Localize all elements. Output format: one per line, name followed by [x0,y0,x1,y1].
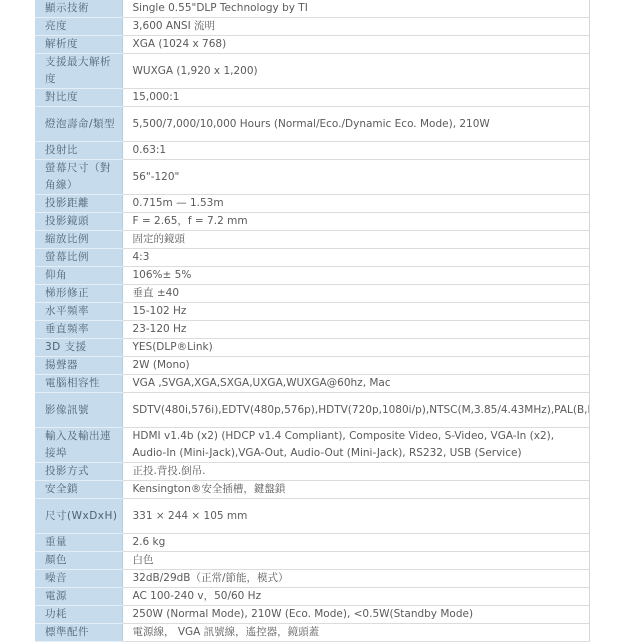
spec-value: 0.63:1 [122,142,589,160]
spec-row-brightness: 亮度 3,600 ANSI 流明 [35,18,589,36]
spec-value: SDTV(480i,576i),EDTV(480p,576p),HDTV(720… [122,393,589,428]
spec-value: 2.6 kg [122,534,589,552]
spec-label: 安全鎖 [35,481,122,499]
spec-value: VGA ,SVGA,XGA,SXGA,UXGA,WUXGA@60hz, Mac [122,375,589,393]
spec-label: 噪音 [35,570,122,588]
spec-row-power-supply: 電源 AC 100-240 v，50/60 Hz [35,588,589,606]
spec-label: 對比度 [35,89,122,107]
spec-row-contrast: 對比度 15,000:1 [35,89,589,107]
spec-row-zoom-ratio: 縮放比例 固定的鏡頭 [35,231,589,249]
spec-row-dimensions: 尺寸(WxDxH) 331 × 244 × 105 mm [35,499,589,534]
spec-label: 輸入及輸出連接埠 [35,428,122,463]
spec-label: 垂直頻率 [35,321,122,339]
spec-value: 2W (Mono) [122,357,589,375]
spec-row-max-resolution: 支援最大解析度 WUXGA (1,920 x 1,200) [35,54,589,89]
spec-row-video-signal: 影像訊號 SDTV(480i,576i),EDTV(480p,576p),HDT… [35,393,589,428]
spec-value: 331 × 244 × 105 mm [122,499,589,534]
spec-row-resolution: 解析度 XGA (1024 x 768) [35,36,589,54]
spec-value: 106%± 5% [122,267,589,285]
spec-label: 影像訊號 [35,393,122,428]
spec-label: 仰角 [35,267,122,285]
spec-value: HDMI v1.4b (x2) (HDCP v1.4 Compliant), C… [122,428,589,463]
spec-value: F = 2.65，f = 7.2 mm [122,213,589,231]
spec-row-power-consumption: 功耗 250W (Normal Mode), 210W (Eco. Mode),… [35,606,589,624]
spec-value: 32dB/29dB（正常/節能，模式） [122,570,589,588]
spec-label: 投射比 [35,142,122,160]
spec-row-speaker: 揚聲器 2W (Mono) [35,357,589,375]
spec-row-v-frequency: 垂直頻率 23-120 Hz [35,321,589,339]
spec-table: 顯示技術 Single 0.55"DLP Technology by TI 亮度… [35,0,590,640]
spec-row-screen-size: 螢幕尺寸（對角線） 56"-120" [35,160,589,195]
spec-row-throw-distance: 投影距離 0.715m — 1.53m [35,195,589,213]
spec-label: 電源 [35,588,122,606]
spec-label: 電腦相容性 [35,375,122,393]
spec-label: 重量 [35,534,122,552]
spec-label: 尺寸(WxDxH) [35,499,122,534]
spec-label: 縮放比例 [35,231,122,249]
spec-value: 固定的鏡頭 [122,231,589,249]
spec-value: 4:3 [122,249,589,267]
spec-row-aspect-ratio: 螢幕比例 4:3 [35,249,589,267]
spec-row-throw-ratio: 投射比 0.63:1 [35,142,589,160]
spec-label: 螢幕比例 [35,249,122,267]
spec-value: 垂直 ±40 [122,285,589,303]
spec-value: 電源線， VGA 訊號線，遙控器，鏡頭蓋 [122,624,589,641]
spec-label: 標準配件 [35,624,122,641]
spec-label: 梯形修正 [35,285,122,303]
spec-row-keystone: 梯形修正 垂直 ±40 [35,285,589,303]
spec-value: 白色 [122,552,589,570]
spec-label: 螢幕尺寸（對角線） [35,160,122,195]
spec-row-offset: 仰角 106%± 5% [35,267,589,285]
spec-value: 56"-120" [122,160,589,195]
spec-value: XGA (1024 x 768) [122,36,589,54]
spec-value: 正投.背投.倒吊. [122,463,589,481]
spec-row-pc-compat: 電腦相容性 VGA ,SVGA,XGA,SXGA,UXGA,WUXGA@60hz… [35,375,589,393]
spec-value: 3,600 ANSI 流明 [122,18,589,36]
spec-value: Single 0.55"DLP Technology by TI [122,0,589,18]
spec-row-projection-mode: 投影方式 正投.背投.倒吊. [35,463,589,481]
spec-row-security: 安全鎖 Kensington®安全插槽，鍵盤鎖 [35,481,589,499]
spec-row-lens: 投影鏡頭 F = 2.65，f = 7.2 mm [35,213,589,231]
spec-value: WUXGA (1,920 x 1,200) [122,54,589,89]
spec-value: 250W (Normal Mode), 210W (Eco. Mode), <0… [122,606,589,624]
spec-value: 15,000:1 [122,89,589,107]
spec-value: AC 100-240 v，50/60 Hz [122,588,589,606]
spec-row-io-ports: 輸入及輸出連接埠 HDMI v1.4b (x2) (HDCP v1.4 Comp… [35,428,589,463]
spec-row-lamp-life: 燈泡壽命/類型 5,500/7,000/10,000 Hours (Normal… [35,107,589,142]
spec-row-noise: 噪音 32dB/29dB（正常/節能，模式） [35,570,589,588]
spec-label: 顯示技術 [35,0,122,18]
spec-value: 23-120 Hz [122,321,589,339]
spec-row-weight: 重量 2.6 kg [35,534,589,552]
spec-label: 亮度 [35,18,122,36]
spec-label: 支援最大解析度 [35,54,122,89]
spec-label: 解析度 [35,36,122,54]
spec-label: 功耗 [35,606,122,624]
spec-row-accessories: 標準配件 電源線， VGA 訊號線，遙控器，鏡頭蓋 [35,624,589,641]
spec-row-display-tech: 顯示技術 Single 0.55"DLP Technology by TI [35,0,589,18]
spec-label: 燈泡壽命/類型 [35,107,122,142]
spec-row-h-frequency: 水平頻率 15-102 Hz [35,303,589,321]
spec-label: 水平頻率 [35,303,122,321]
spec-row-color: 顏色 白色 [35,552,589,570]
spec-label: 3D 支援 [35,339,122,357]
spec-value: 15-102 Hz [122,303,589,321]
spec-value: Kensington®安全插槽，鍵盤鎖 [122,481,589,499]
spec-label: 揚聲器 [35,357,122,375]
spec-label: 投影距離 [35,195,122,213]
spec-label: 投影鏡頭 [35,213,122,231]
spec-label: 投影方式 [35,463,122,481]
spec-value: 5,500/7,000/10,000 Hours (Normal/Eco./Dy… [122,107,589,142]
spec-value: YES(DLP®Link) [122,339,589,357]
spec-row-3d: 3D 支援 YES(DLP®Link) [35,339,589,357]
spec-value: 0.715m — 1.53m [122,195,589,213]
spec-label: 顏色 [35,552,122,570]
